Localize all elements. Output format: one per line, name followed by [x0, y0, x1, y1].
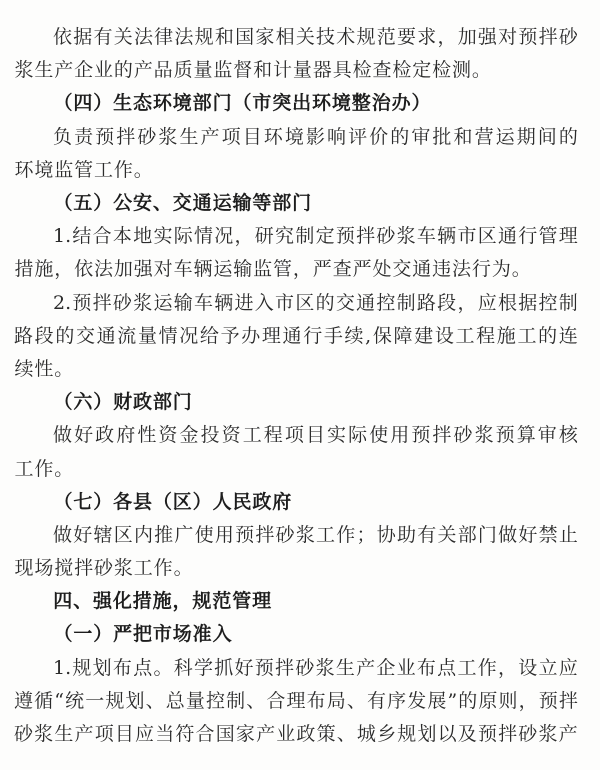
- text-line: 依据有关法律法规和国家相关技术规范要求，加强对预拌砂: [14, 21, 578, 54]
- text-line: （一）严把市场准入: [14, 618, 578, 651]
- text-line: （四）生态环境部门（市突出环境整治办）: [14, 87, 578, 120]
- text-line: （五）公安、交通运输等部门: [14, 187, 578, 220]
- document-page: 依据有关法律法规和国家相关技术规范要求，加强对预拌砂浆生产企业的产品质量监督和计…: [0, 0, 600, 770]
- text-line: 续性。: [14, 353, 578, 386]
- text-line: 2.预拌砂浆运输车辆进入市区的交通控制路段，应根据控制: [14, 287, 578, 320]
- text-line: 做好辖区内推广使用预拌砂浆工作；协助有关部门做好禁止: [14, 519, 578, 552]
- text-line: 浆生产企业的产品质量监督和计量器具检查检定检测。: [14, 54, 578, 87]
- text-line: 现场搅拌砂浆工作。: [14, 552, 578, 585]
- text-line: （七）各县（区）人民政府: [14, 486, 578, 519]
- text-line: 工作。: [14, 452, 578, 485]
- text-line: 四、强化措施，规范管理: [14, 585, 578, 618]
- text-line: 做好政府性资金投资工程项目实际使用预拌砂浆预算审核: [14, 419, 578, 452]
- text-line: （六）财政部门: [14, 386, 578, 419]
- text-line: 负责预拌砂浆生产项目环境影响评价的审批和营运期间的: [14, 121, 578, 154]
- text-line: 1.结合本地实际情况，研究制定预拌砂浆车辆市区通行管理: [14, 220, 578, 253]
- text-line: 措施，依法加强对车辆运输监管，严查严处交通违法行为。: [14, 253, 578, 286]
- text-line: 环境监管工作。: [14, 154, 578, 187]
- text-line: 1.规划布点。科学抓好预拌砂浆生产企业布点工作，设立应: [14, 652, 578, 685]
- text-line: 砂浆生产项目应当符合国家产业政策、城乡规划以及预拌砂浆产: [14, 718, 578, 751]
- text-line: 路段的交通流量情况给予办理通行手续,保障建设工程施工的连: [14, 320, 578, 353]
- text-line: 遵循“统一规划、总量控制、合理布局、有序发展”的原则，预拌: [14, 685, 578, 718]
